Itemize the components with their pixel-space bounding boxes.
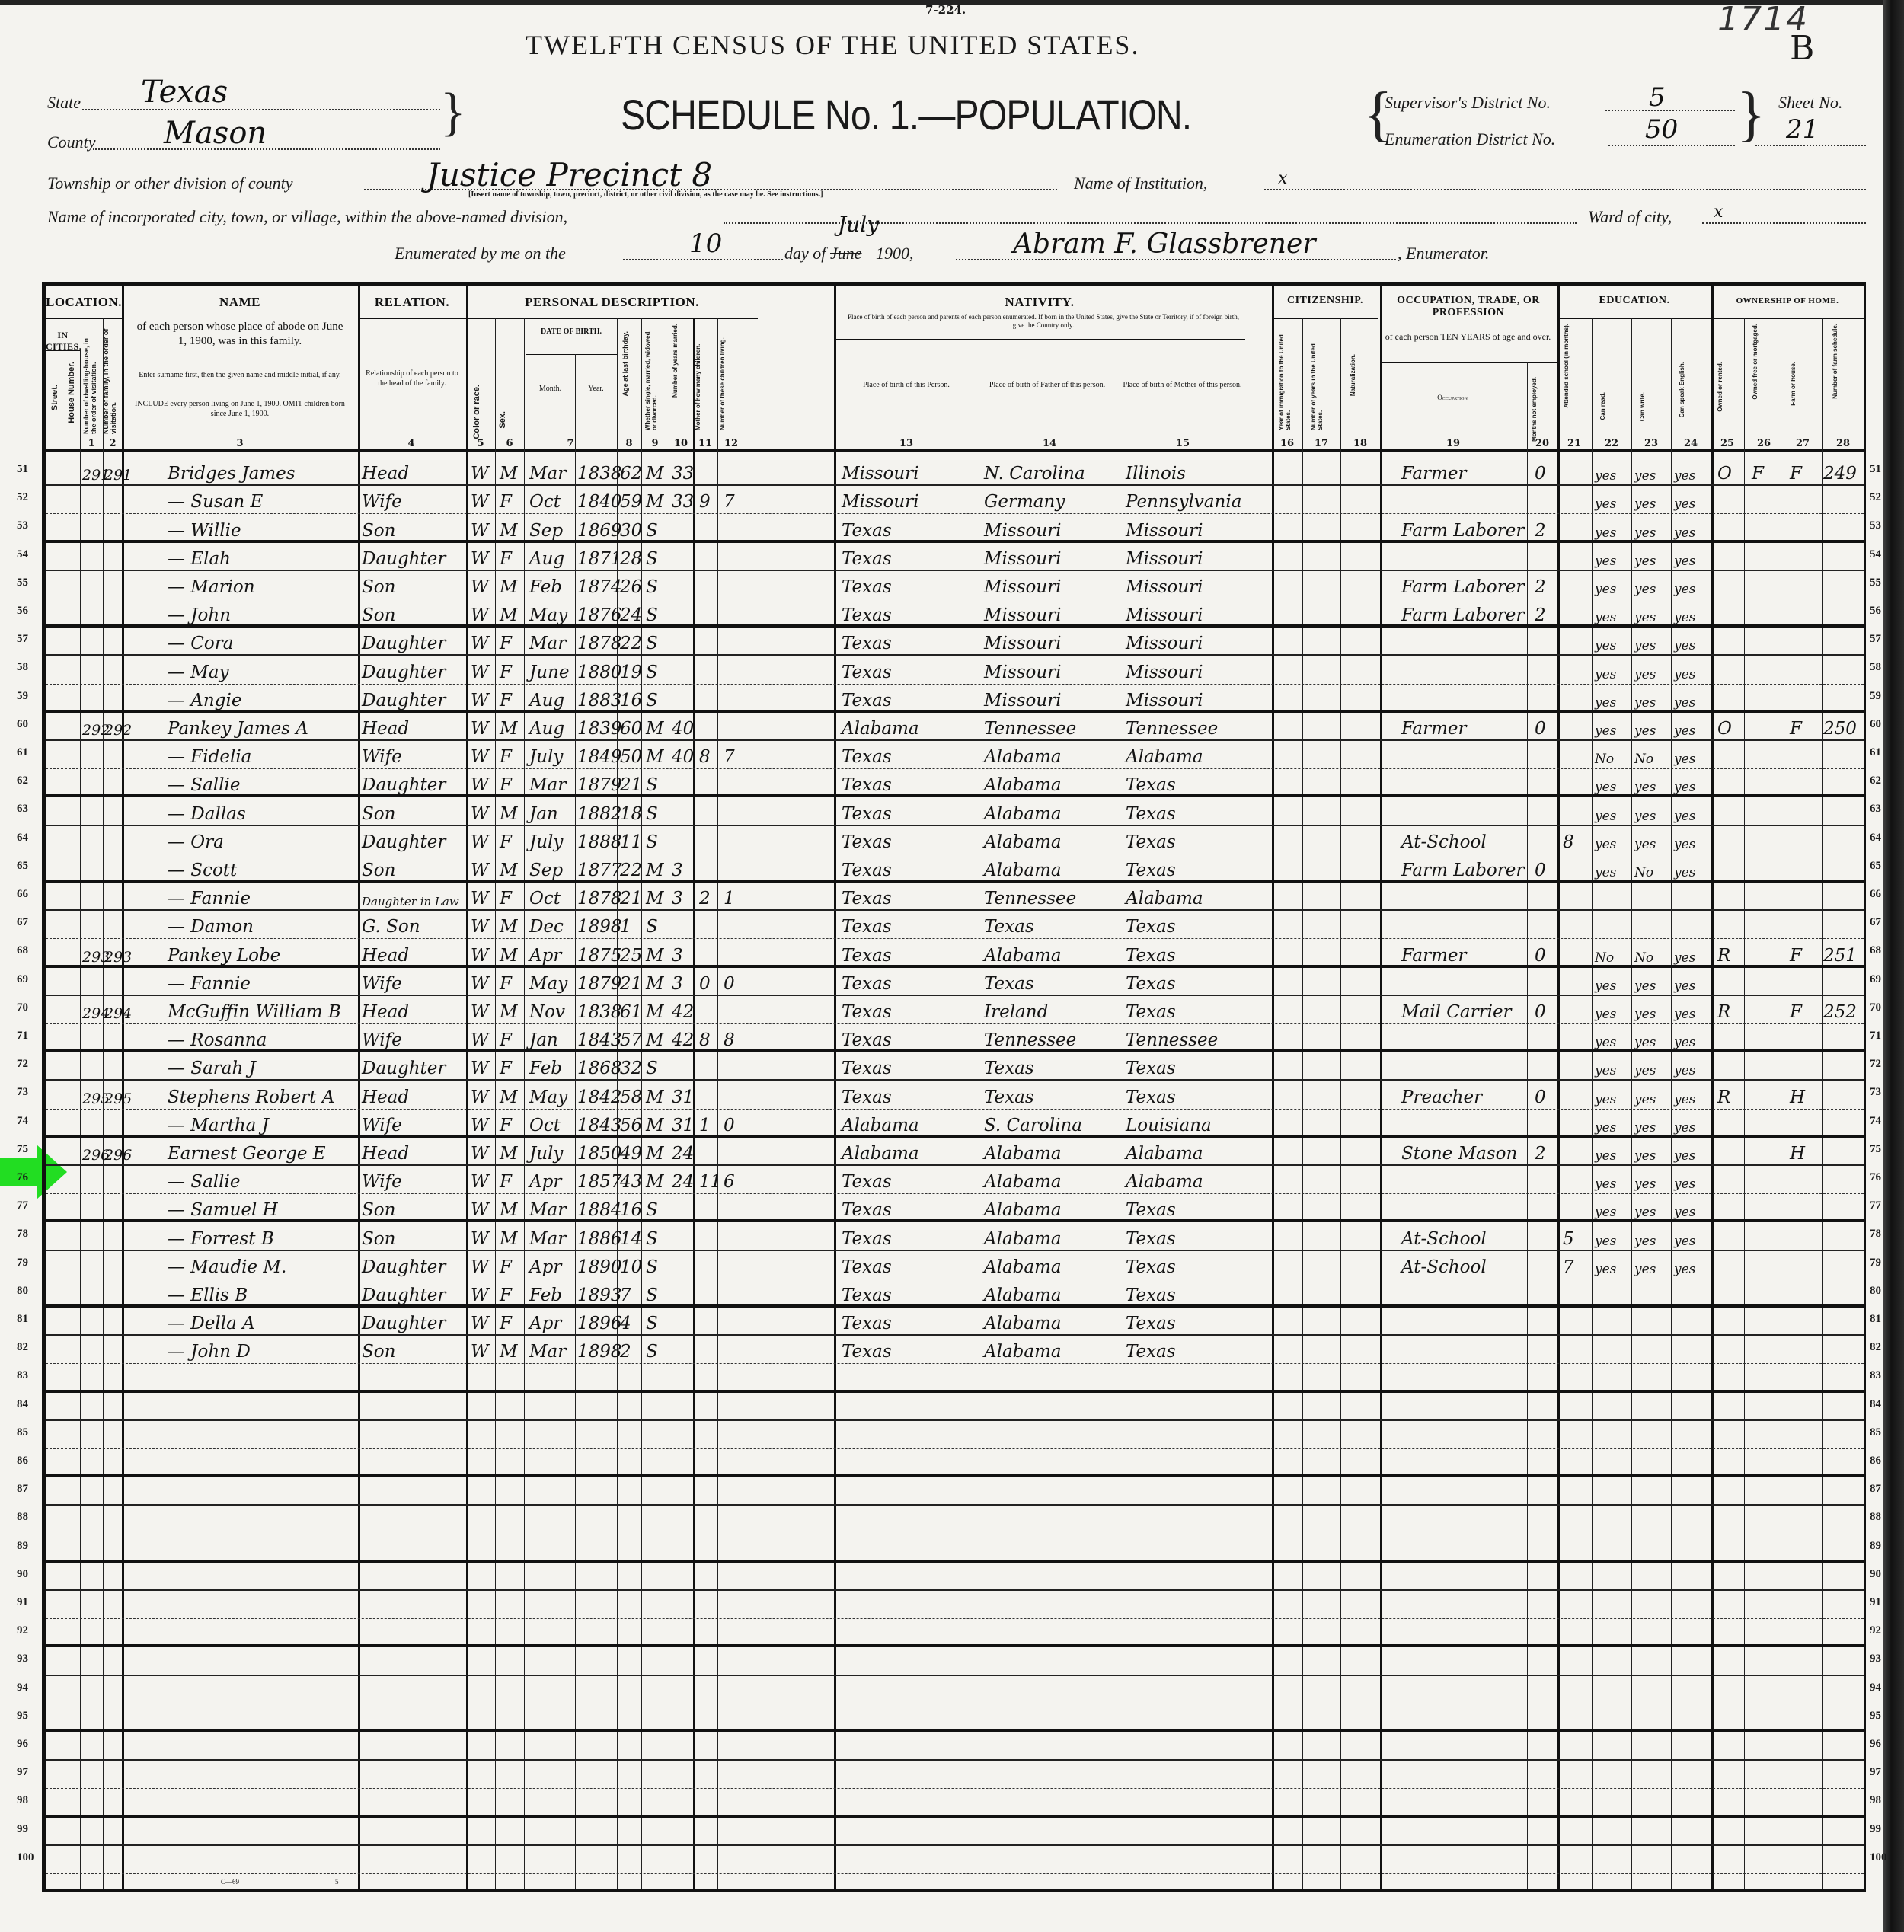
line-number-left: 90 (17, 1568, 28, 1581)
marital-status-cell: S (646, 549, 658, 569)
attended-school-header: Attended school (in months). (1563, 324, 1570, 408)
mother-of-children-cell: 0 (699, 974, 711, 994)
age-cell: 50 (620, 747, 642, 767)
sex-cell: F (500, 889, 512, 909)
marital-status-cell: M (646, 861, 664, 880)
color-cell: W (471, 889, 489, 909)
birthplace-cell: Texas (842, 1030, 892, 1050)
relation-cell: Son (362, 861, 395, 880)
years-married-cell: 33 (672, 464, 694, 484)
person-name-cell: — Maudie M. (168, 1257, 286, 1277)
person-name-cell: — John D (168, 1342, 251, 1362)
children-living-cell: 7 (724, 747, 735, 767)
age-cell: 61 (620, 1002, 642, 1022)
farm-schedule-cell: 251 (1823, 946, 1857, 966)
birth-month-cell: Jan (529, 1030, 558, 1050)
line-number-right: 80 (1870, 1285, 1881, 1298)
birthplace-cell: Texas (842, 804, 892, 824)
birthplace-cell: Texas (842, 663, 892, 682)
birth-year-cell: 1838 (577, 1002, 622, 1022)
mother-birthplace-cell: Tennessee (1126, 719, 1218, 739)
children-living-header: Number of these children living. (719, 324, 726, 430)
line-number-left: 58 (17, 661, 28, 674)
can-write-cell: yes (1634, 695, 1656, 711)
mother-birthplace-cell: Alabama (1126, 889, 1203, 909)
line-number-left: 99 (17, 1823, 28, 1836)
can-read-header: Can read. (1599, 392, 1606, 420)
marital-status-cell: S (646, 1200, 658, 1220)
can-read-cell: yes (1595, 554, 1616, 569)
ward-line (1702, 222, 1866, 224)
person-name-cell: — John (168, 605, 231, 625)
line-number-left: 84 (17, 1398, 28, 1411)
table-row (46, 1846, 1864, 1874)
years-us-header: Number of years in the United States. (1310, 324, 1324, 430)
marital-status-cell: S (646, 1314, 658, 1333)
column-number: 21 (1563, 438, 1586, 449)
father-birthplace-cell: Tennessee (984, 889, 1076, 909)
relation-cell: Daughter in Law (362, 895, 459, 909)
line-number-left: 55 (17, 576, 28, 589)
birth-month-cell: July (529, 832, 563, 852)
age-cell: 7 (620, 1285, 631, 1305)
sex-cell: F (500, 1030, 512, 1050)
birthplace-cell: Texas (842, 577, 892, 597)
can-read-cell: yes (1595, 1262, 1616, 1277)
table-row: — SallieWifeWFApr185743M24116TexasAlabam… (46, 1166, 1864, 1194)
birth-year-cell: 1877 (577, 861, 622, 880)
in-cities-rule (46, 350, 80, 351)
years-married-cell: 40 (672, 719, 694, 739)
line-number-left: 78 (17, 1228, 28, 1241)
line-number-left: 75 (17, 1143, 28, 1156)
line-number-left: 86 (17, 1455, 28, 1467)
birth-year-cell: 1869 (577, 521, 622, 541)
column-number: 14 (1038, 438, 1061, 449)
can-speak-english-cell: yes (1674, 780, 1695, 795)
relation-cell: Head (362, 1002, 409, 1022)
line-number-left: 51 (17, 463, 28, 476)
relation-cell: Daughter (362, 663, 446, 682)
marital-status-cell: S (646, 832, 658, 852)
person-name-cell: — Fannie (168, 974, 251, 994)
line-number-right: 95 (1870, 1710, 1881, 1723)
mother-birthplace-cell: Missouri (1126, 634, 1203, 653)
birthplace-cell: Missouri (842, 492, 919, 512)
column-number: 26 (1752, 438, 1775, 449)
color-cell: W (471, 1229, 489, 1249)
supervisor-value: 5 (1649, 82, 1666, 113)
father-birthplace-cell: Alabama (984, 861, 1062, 880)
age-cell: 59 (620, 492, 642, 512)
months-unemployed-cell: 0 (1535, 719, 1546, 739)
relation-cell: Son (362, 605, 395, 625)
can-speak-english-cell: yes (1674, 582, 1695, 597)
can-speak-english-cell: yes (1674, 1234, 1695, 1249)
can-read-cell: No (1595, 752, 1614, 767)
line-number-right: 74 (1870, 1115, 1881, 1128)
children-living-cell: 8 (724, 1030, 735, 1050)
birthplace-cell: Texas (842, 1002, 892, 1022)
sex-cell: M (500, 917, 518, 937)
line-number-left: 54 (17, 548, 28, 561)
line-number-left: 73 (17, 1086, 28, 1099)
line-number-left: 100 (17, 1851, 34, 1864)
can-write-cell: yes (1634, 837, 1656, 852)
months-unemployed-cell: 0 (1535, 946, 1546, 966)
owned-free-header: Owned free or mortgaged. (1752, 324, 1759, 400)
can-read-cell: yes (1595, 1063, 1616, 1078)
column-number: 5 (469, 438, 492, 449)
line-number-left: 79 (17, 1257, 28, 1269)
years-married-header: Number of years married. (672, 324, 679, 398)
line-number-right: 54 (1870, 548, 1881, 561)
day-of-label: day of (784, 244, 826, 263)
sex-cell: F (500, 832, 512, 852)
supervisor-line (1605, 110, 1735, 111)
township-note: [Insert name of township, town, precinct… (468, 190, 823, 199)
color-cell: W (471, 974, 489, 994)
can-read-cell: yes (1595, 610, 1616, 625)
column-number: 16 (1276, 438, 1299, 449)
color-cell: W (471, 549, 489, 569)
table-row: — OraDaughterWFJuly188811STexasAlabamaTe… (46, 826, 1864, 854)
years-married-cell: 31 (672, 1087, 694, 1107)
occupation-cell: Mail Carrier (1401, 1002, 1512, 1022)
sex-cell: M (500, 946, 518, 966)
birth-month-cell: Sep (529, 521, 563, 541)
years-married-cell: 3 (672, 889, 683, 909)
age-cell: 26 (620, 577, 642, 597)
header-bottom-rule (46, 449, 1864, 452)
months-unemployed-cell: 2 (1535, 605, 1546, 625)
marital-status-cell: S (646, 605, 658, 625)
birth-year-cell: 1871 (577, 549, 622, 569)
birth-month-cell: Apr (529, 1257, 561, 1277)
farm-house-cell: H (1790, 1144, 1805, 1164)
nativity-rule (834, 339, 1245, 340)
birth-month-cell: Mar (529, 775, 566, 795)
birthplace-cell: Texas (842, 775, 892, 795)
person-name-cell: Bridges James (168, 464, 296, 484)
relation-cell: Son (362, 804, 395, 824)
table-row: 291291Bridges JamesHeadWMMar183862M33Mis… (46, 458, 1864, 486)
color-cell: W (471, 917, 489, 937)
county-label: County (47, 133, 96, 152)
table-row: — DamonG. SonWMDec18981STexasTexasTexas (46, 911, 1864, 939)
table-row: — FideliaWifeWFJuly184950M4087TexasAlaba… (46, 741, 1864, 769)
relation-cell: Son (362, 577, 395, 597)
column-number: 3 (228, 438, 251, 449)
mother-of-header: Mother of how many children. (695, 324, 701, 430)
month-struck: June (830, 244, 862, 263)
can-read-cell: yes (1595, 723, 1616, 739)
father-birthplace-cell: Missouri (984, 663, 1062, 682)
mother-birthplace-cell: Missouri (1126, 663, 1203, 682)
table-row (46, 1506, 1864, 1534)
sex-cell: M (500, 861, 518, 880)
age-header: Age at last birthday. (621, 331, 629, 396)
owned-rented-cell: O (1717, 719, 1732, 739)
enumeration-value: 50 (1645, 114, 1678, 145)
line-number-right: 68 (1870, 944, 1881, 957)
owned-free-cell: F (1752, 464, 1764, 484)
sheet-line (1755, 145, 1866, 146)
mother-birthplace-cell: Texas (1126, 1087, 1176, 1107)
father-birthplace-cell: Alabama (984, 775, 1062, 795)
birthplace-cell: Texas (842, 1285, 892, 1305)
marital-status-cell: S (646, 1285, 658, 1305)
children-living-cell: 6 (724, 1172, 735, 1192)
color-cell: W (471, 747, 489, 767)
line-number-left: 80 (17, 1285, 28, 1298)
color-cell: W (471, 1172, 489, 1192)
age-cell: 43 (620, 1172, 642, 1192)
table-row (46, 1676, 1864, 1704)
can-read-cell: yes (1595, 638, 1616, 653)
line-number-left: 88 (17, 1511, 28, 1524)
can-read-cell: yes (1595, 837, 1616, 852)
can-speak-english-cell: yes (1674, 950, 1695, 966)
column-number: 11 (694, 438, 717, 449)
person-name-cell: — Sallie (168, 1172, 240, 1192)
birth-year-cell: 1884 (577, 1200, 622, 1220)
age-cell: 10 (620, 1257, 642, 1277)
city-label: Name of incorporated city, town, or vill… (47, 207, 567, 227)
mother-birthplace-cell: Texas (1126, 1229, 1176, 1249)
birth-year-cell: 1880 (577, 663, 622, 682)
birth-month-cell: Oct (529, 492, 561, 512)
birth-year-cell: 1839 (577, 719, 622, 739)
mother-of-children-cell: 8 (699, 1030, 711, 1050)
line-number-right: 89 (1870, 1540, 1881, 1553)
birth-month-cell: Dec (529, 917, 564, 937)
can-speak-english-cell: yes (1674, 497, 1695, 512)
table-row: 295295Stephens Robert AHeadWMMay184258M3… (46, 1081, 1864, 1109)
relation-cell: Daughter (362, 832, 446, 852)
children-living-cell: 7 (724, 492, 735, 512)
column-number: 23 (1640, 438, 1663, 449)
sex-cell: F (500, 775, 512, 795)
relation-header: RELATION. (358, 295, 466, 310)
birth-month-cell: May (529, 974, 567, 994)
can-read-cell: yes (1595, 979, 1616, 994)
dwelling-number-header: Number of dwelling-house, in the order o… (82, 327, 97, 434)
line-number-right: 83 (1870, 1369, 1881, 1382)
birth-year-cell: 1879 (577, 974, 622, 994)
occupation-rule (1380, 362, 1557, 363)
line-number-right: 86 (1870, 1455, 1881, 1467)
table-row: 296296Earnest George EHeadWMJuly185049M2… (46, 1138, 1864, 1166)
father-birthplace-cell: Missouri (984, 691, 1062, 711)
citizenship-header: CITIZENSHIP. (1272, 295, 1378, 307)
father-birthplace-cell: Missouri (984, 549, 1062, 569)
can-speak-english-cell: yes (1674, 865, 1695, 880)
enumeration-line (1608, 145, 1735, 146)
months-unemployed-cell: 2 (1535, 577, 1546, 597)
table-row: — Della ADaughterWFApr18964STexasAlabama… (46, 1308, 1864, 1336)
census-title: TWELFTH CENSUS OF THE UNITED STATES. (526, 29, 1139, 61)
line-number-right: 97 (1870, 1766, 1881, 1779)
line-number-right: 69 (1870, 973, 1881, 986)
color-cell: W (471, 861, 489, 880)
can-speak-english-cell: yes (1674, 554, 1695, 569)
can-write-cell: yes (1634, 1148, 1656, 1164)
line-number-left: 61 (17, 746, 28, 759)
table-row: — Samuel HSonWMMar188416STexasAlabamaTex… (46, 1194, 1864, 1222)
township-label: Township or other division of county (47, 174, 292, 193)
age-cell: 11 (620, 832, 642, 852)
marital-status-cell: S (646, 804, 658, 824)
table-row (46, 1619, 1864, 1647)
line-number-right: 93 (1870, 1653, 1881, 1665)
mother-birthplace-cell: Texas (1126, 1342, 1176, 1362)
person-name-cell: — Susan E (168, 492, 263, 512)
can-read-cell: yes (1595, 780, 1616, 795)
birthplace-cell: Texas (842, 549, 892, 569)
supervisor-label: Supervisor's District No. (1385, 93, 1551, 113)
can-speak-english-cell: yes (1674, 1035, 1695, 1050)
school-months-cell: 8 (1563, 832, 1574, 852)
birth-month-cell: Oct (529, 889, 561, 909)
can-speak-english-cell: yes (1674, 525, 1695, 541)
line-number-right: 94 (1870, 1681, 1881, 1694)
column-number: 17 (1310, 438, 1333, 449)
father-birthplace-cell: S. Carolina (984, 1116, 1082, 1135)
occupation-cell: Farmer (1401, 464, 1467, 484)
table-row: — MayDaughterWFJune188019STexasMissouriM… (46, 656, 1864, 684)
birth-month-cell: Feb (529, 1059, 562, 1078)
line-number-left: 52 (17, 491, 28, 504)
color-cell: W (471, 1285, 489, 1305)
birth-month-cell: Jan (529, 804, 558, 824)
relation-cell: Son (362, 1229, 395, 1249)
line-number-left: 82 (17, 1341, 28, 1354)
birthplace-cell: Texas (842, 1087, 892, 1107)
can-write-header: Can write. (1639, 392, 1646, 421)
sex-cell: F (500, 549, 512, 569)
column-number: 8 (618, 438, 641, 449)
table-row: 292292Pankey James AHeadWMAug183960M40Al… (46, 713, 1864, 741)
mother-birthplace-cell: Alabama (1126, 1172, 1203, 1192)
sheet-value: 21 (1786, 114, 1819, 145)
column-number: 2 (101, 438, 124, 449)
birth-mother-header: Place of birth of Mother of this person. (1120, 381, 1245, 391)
can-speak-english-cell: yes (1674, 1063, 1695, 1078)
birth-month-cell: Sep (529, 861, 563, 880)
can-read-cell: yes (1595, 1007, 1616, 1022)
line-number-right: 78 (1870, 1228, 1881, 1241)
mother-birthplace-cell: Texas (1126, 1002, 1176, 1022)
in-cities-header: IN CITIES. (46, 330, 80, 353)
birthplace-cell: Texas (842, 917, 892, 937)
school-months-cell: 5 (1563, 1229, 1574, 1249)
nativity-desc: Place of birth of each person and parent… (842, 313, 1245, 331)
education-rule (1557, 318, 1711, 319)
farm-schedule-cell: 250 (1823, 719, 1857, 739)
birth-year-cell: 1890 (577, 1257, 622, 1277)
column-number: 24 (1679, 438, 1702, 449)
marital-status-cell: M (646, 719, 664, 739)
family-number-cell: 291 (104, 467, 132, 484)
birth-father-header: Place of birth of Father of this person. (979, 381, 1116, 391)
father-birthplace-cell: Alabama (984, 1342, 1062, 1362)
can-read-cell: yes (1595, 525, 1616, 541)
can-speak-english-cell: yes (1674, 1148, 1695, 1164)
month-header: Month. (526, 385, 575, 394)
birth-month-cell: Aug (529, 719, 564, 739)
state-value: Texas (141, 75, 228, 110)
color-cell: W (471, 946, 489, 966)
person-name-cell: — Willie (168, 521, 241, 541)
row-rule (46, 1873, 1864, 1874)
occupation-cell: Farmer (1401, 719, 1467, 739)
line-number-right: 52 (1870, 491, 1881, 504)
marital-status-cell: M (646, 946, 664, 966)
education-header: EDUCATION. (1557, 295, 1711, 307)
school-months-cell: 7 (1563, 1257, 1574, 1277)
table-row: — Sarah JDaughterWFFeb186832STexasTexasT… (46, 1052, 1864, 1081)
birthplace-cell: Texas (842, 861, 892, 880)
table-row (46, 1591, 1864, 1619)
color-cell: W (471, 691, 489, 711)
mother-of-children-cell: 9 (699, 492, 711, 512)
person-name-cell: — Forrest B (168, 1229, 274, 1249)
name-header: NAME (122, 295, 358, 310)
father-birthplace-cell: Texas (984, 917, 1034, 937)
person-name-cell: Stephens Robert A (168, 1087, 334, 1107)
marital-status-cell: S (646, 1229, 658, 1249)
birth-year-cell: 1850 (577, 1144, 622, 1164)
birth-year-cell: 1843 (577, 1116, 622, 1135)
sheet-letter: B (1790, 29, 1814, 68)
enumeration-label: Enumeration District No. (1385, 129, 1555, 149)
county-value: Mason (164, 116, 267, 151)
can-speak-english-cell: yes (1674, 610, 1695, 625)
color-cell: W (471, 804, 489, 824)
sex-cell: F (500, 1257, 512, 1277)
birth-year-cell: 1842 (577, 1087, 622, 1107)
mother-birthplace-cell: Texas (1126, 1200, 1176, 1220)
can-write-cell: yes (1634, 638, 1656, 653)
birth-month-cell: Aug (529, 691, 564, 711)
table-row (46, 1364, 1864, 1392)
can-write-cell: yes (1634, 1234, 1656, 1249)
mother-birthplace-cell: Texas (1126, 832, 1176, 852)
dob-rule (526, 354, 617, 355)
father-birthplace-cell: Alabama (984, 1257, 1062, 1277)
can-speak-english-cell: yes (1674, 1120, 1695, 1135)
can-write-cell: yes (1634, 497, 1656, 512)
can-write-cell: yes (1634, 1063, 1656, 1078)
can-write-cell: No (1634, 865, 1653, 880)
mother-birthplace-cell: Texas (1126, 775, 1176, 795)
marital-status-cell: S (646, 634, 658, 653)
line-number-left: 83 (17, 1369, 28, 1382)
mother-birthplace-cell: Missouri (1126, 577, 1203, 597)
relation-cell: Wife (362, 492, 402, 512)
can-write-cell: yes (1634, 610, 1656, 625)
table-row (46, 1393, 1864, 1421)
can-read-cell: yes (1595, 1120, 1616, 1135)
can-write-cell: yes (1634, 1120, 1656, 1135)
can-speak-english-cell: yes (1674, 667, 1695, 682)
table-row (46, 1732, 1864, 1761)
years-married-cell: 3 (672, 946, 683, 966)
mother-of-children-cell: 1 (699, 1116, 711, 1135)
can-write-cell: yes (1634, 582, 1656, 597)
age-cell: 24 (620, 605, 642, 625)
